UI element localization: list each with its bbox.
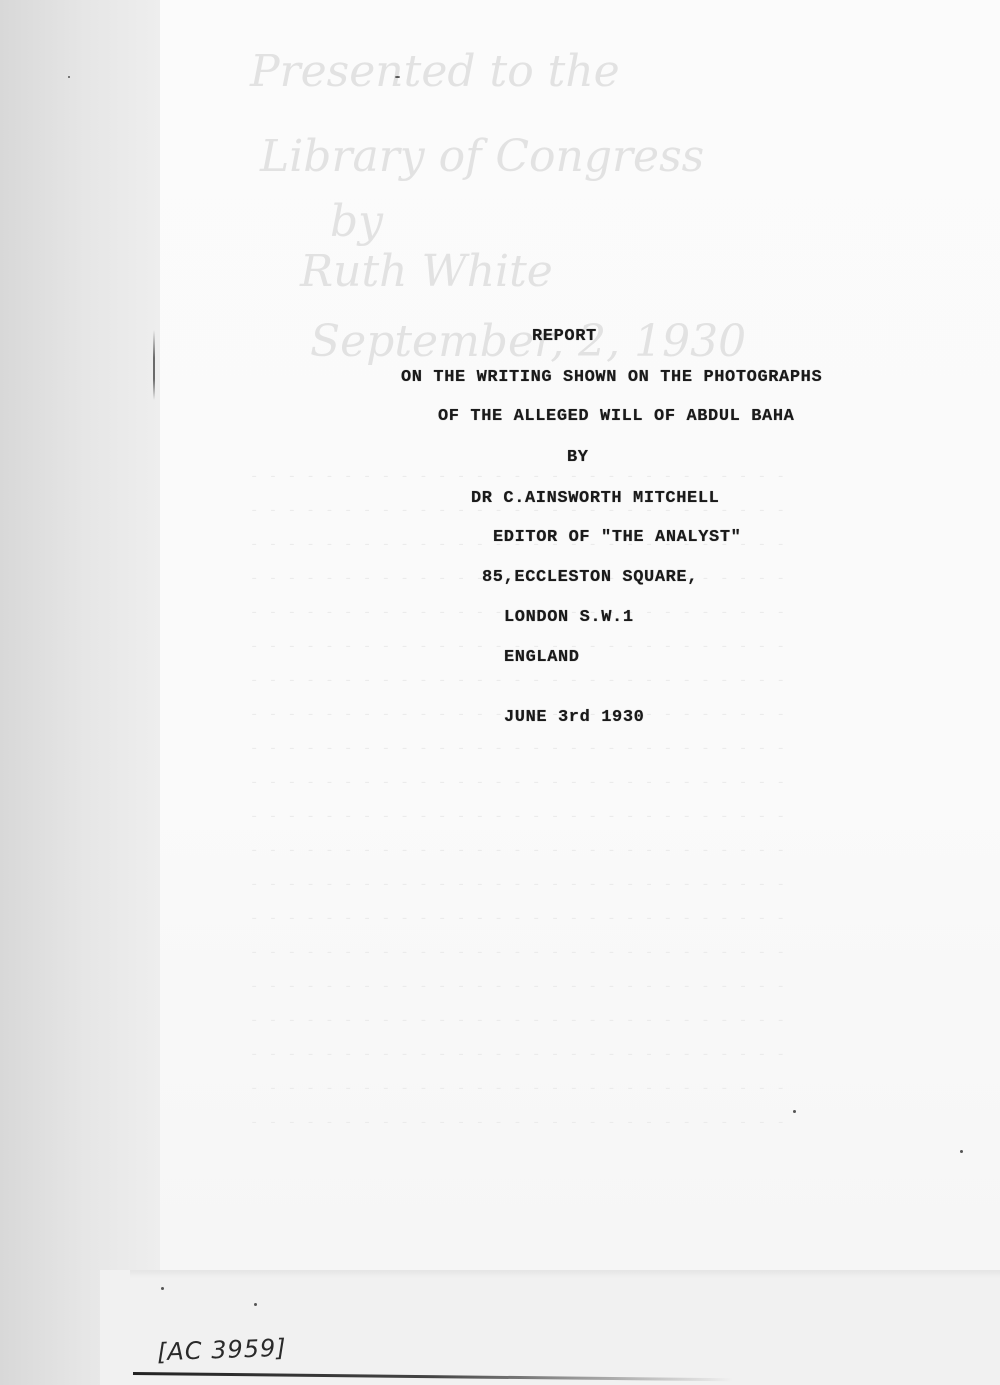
report-date: JUNE 3rd 1930 <box>504 708 644 727</box>
speck <box>395 76 400 78</box>
speck <box>254 1303 257 1306</box>
bleed-through-line: - - - - - - - - - - - - - - - - - - - - … <box>250 664 890 698</box>
bleed-through-line: - - - - - - - - - - - - - - - - - - - - … <box>250 902 890 936</box>
bleed-through-text: - - - - - - - - - - - - - - - - - - - - … <box>250 460 890 1140</box>
scanner-shadow <box>0 0 170 1385</box>
inscription-line: September, 2, 1930 <box>310 320 746 364</box>
speck <box>793 1110 796 1113</box>
bleed-through-line: - - - - - - - - - - - - - - - - - - - - … <box>250 766 890 800</box>
bleed-through-line: - - - - - - - - - - - - - - - - - - - - … <box>250 1072 890 1106</box>
report-title: REPORT <box>532 327 597 346</box>
bleed-through-line: - - - - - - - - - - - - - - - - - - - - … <box>250 834 890 868</box>
speck <box>161 1287 164 1290</box>
inscription-line: by <box>330 200 383 244</box>
report-subtitle-line-1: ON THE WRITING SHOWN ON THE PHOTOGRAPHS <box>401 368 822 387</box>
author-name: DR C.AINSWORTH MITCHELL <box>471 489 719 508</box>
author-role: EDITOR OF "THE ANALYST" <box>493 528 741 547</box>
speck <box>68 76 70 78</box>
page-bottom-shadow <box>130 1270 1000 1278</box>
inscription-line: Ruth White <box>300 250 553 294</box>
speck <box>960 1150 963 1153</box>
address-line-1: 85,ECCLESTON SQUARE, <box>482 568 698 587</box>
backing-sheet <box>100 1270 1000 1385</box>
report-subtitle-line-2: OF THE ALLEGED WILL OF ABDUL BAHA <box>438 407 794 426</box>
bleed-through-line: - - - - - - - - - - - - - - - - - - - - … <box>250 732 890 766</box>
inscription-line: Library of Congress <box>260 135 704 179</box>
inscription-line: Presented to the <box>250 50 620 94</box>
address-line-3: ENGLAND <box>504 648 580 667</box>
bleed-through-line: - - - - - - - - - - - - - - - - - - - - … <box>250 1038 890 1072</box>
bleed-through-line: - - - - - - - - - - - - - - - - - - - - … <box>250 800 890 834</box>
bleed-through-line: - - - - - - - - - - - - - - - - - - - - … <box>250 868 890 902</box>
catalog-number: [AC 3959] <box>157 1334 288 1367</box>
address-line-2: LONDON S.W.1 <box>504 608 634 627</box>
bleed-through-line: - - - - - - - - - - - - - - - - - - - - … <box>250 936 890 970</box>
bleed-through-line: - - - - - - - - - - - - - - - - - - - - … <box>250 1004 890 1038</box>
by-label: BY <box>567 448 589 467</box>
page-edge-mark <box>153 330 155 400</box>
bleed-through-line: - - - - - - - - - - - - - - - - - - - - … <box>250 970 890 1004</box>
